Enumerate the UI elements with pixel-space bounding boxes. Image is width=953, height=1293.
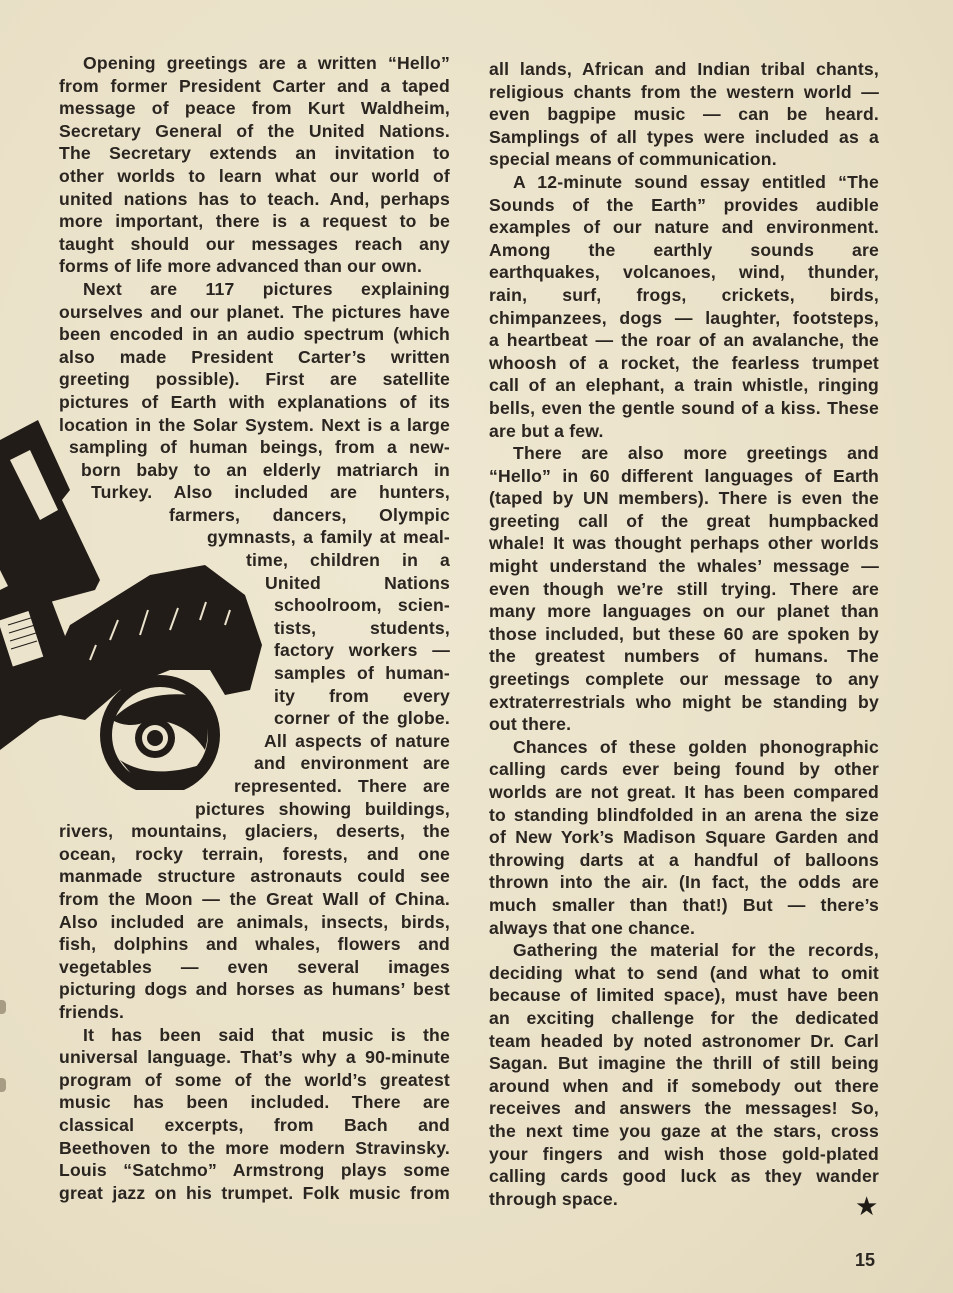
text-line: time, children in a — [59, 549, 450, 572]
text-line: much smaller than that!) But — there’s — [489, 894, 879, 917]
paragraph-start-line: A 12-minute sound essay entitled “The — [489, 171, 879, 194]
paragraph-start-line: Next are 117 pictures explaining — [59, 278, 450, 301]
text-line: farmers, dancers, Olympic — [59, 504, 450, 527]
text-line: factory workers — — [59, 639, 450, 662]
text-line: worlds are not great. It has been compar… — [489, 781, 879, 804]
text-line: tists, students, — [59, 617, 450, 640]
text-line: forms of life more advanced than our own… — [59, 255, 450, 278]
text-line: represented. There are — [59, 775, 450, 798]
text-line: out there. — [489, 713, 879, 736]
text-line: Turkey. Also included are hunters, — [59, 481, 450, 504]
text-line: whale! It was thought perhaps other worl… — [489, 532, 879, 555]
binding-mark — [0, 1000, 6, 1014]
text-line: sampling of human beings, from a new- — [59, 436, 450, 459]
text-line: (taped by UN members). There is even the — [489, 487, 879, 510]
paragraph-start-line: Gathering the material for the records, — [489, 939, 879, 962]
text-line: rain, surf, frogs, crickets, birds, — [489, 284, 879, 307]
text-line: program of some of the world’s greatest — [59, 1069, 450, 1092]
text-line: message of peace from Kurt Waldheim, — [59, 97, 450, 120]
text-line: corner of the globe. — [59, 707, 450, 730]
text-line: deciding what to send (and what to omit — [489, 962, 879, 985]
text-line: greetings complete our message to any — [489, 668, 879, 691]
text-line: universal language. That’s why a 90-minu… — [59, 1046, 450, 1069]
text-line: Among the earthly sounds are — [489, 239, 879, 262]
text-line: manmade structure astronauts could see — [59, 865, 450, 888]
text-line: been encoded in an audio spectrum (which — [59, 323, 450, 346]
text-line: schoolroom, scien- — [59, 594, 450, 617]
paragraph-start-line: Opening greetings are a written “Hello” — [59, 52, 450, 75]
text-line: are but a few. — [489, 420, 879, 443]
text-line: music has been included. There are — [59, 1091, 450, 1114]
text-line: All aspects of nature — [59, 730, 450, 753]
text-line: gymnasts, a family at meal- — [59, 526, 450, 549]
text-line: even bagpipe music — can be heard. — [489, 103, 879, 126]
text-line: extraterrestrials who might be standing … — [489, 691, 879, 714]
text-line: even though we’re still trying. There ar… — [489, 578, 879, 601]
text-line: bells, even the gentle sound of a kiss. … — [489, 397, 879, 420]
text-line: ocean, rocky terrain, forests, and one — [59, 843, 450, 866]
text-line: vegetables — even several images — [59, 956, 450, 979]
text-line: special means of communication. — [489, 148, 879, 171]
text-line: location in the Solar System. Next is a … — [59, 414, 450, 437]
page-number: 15 — [855, 1250, 875, 1271]
text-line: from the Moon — the Great Wall of China. — [59, 888, 450, 911]
text-line: born baby to an elderly matriarch in — [59, 459, 450, 482]
paragraph-start-line: It has been said that music is the — [59, 1024, 450, 1047]
star-icon: ★ — [855, 1193, 878, 1219]
article-column-left: Opening greetings are a written “Hello”f… — [59, 52, 450, 1204]
text-line: receives and answers the messages! So, — [489, 1097, 879, 1120]
text-line: Samplings of all types were included as … — [489, 126, 879, 149]
text-line: might understand the whales’ message — — [489, 555, 879, 578]
text-line: rivers, mountains, glaciers, deserts, th… — [59, 820, 450, 843]
text-line: to standing blindfolded in an arena the … — [489, 804, 879, 827]
text-line: fish, dolphins and whales, flowers and — [59, 933, 450, 956]
text-line: calling cards good luck as they wander — [489, 1165, 879, 1188]
text-line: pictures of Earth with explanations of i… — [59, 391, 450, 414]
text-line: greeting call of the great humpbacked — [489, 510, 879, 533]
text-line: the greatest numbers of humans. The — [489, 645, 879, 668]
paragraph-start-line: There are also more greetings and — [489, 442, 879, 465]
text-line: United Nations — [59, 572, 450, 595]
text-line: because of limited space), must have bee… — [489, 984, 879, 1007]
text-line: Secretary General of the United Nations. — [59, 120, 450, 143]
text-line: your fingers and wish those gold-plated — [489, 1143, 879, 1166]
text-line: ourselves and our planet. The pictures h… — [59, 301, 450, 324]
text-line: the next time you gaze at the stars, cro… — [489, 1120, 879, 1143]
text-line: a heartbeat — the roar of an avalanche, … — [489, 329, 879, 352]
text-line: through space. — [489, 1188, 879, 1211]
binding-mark — [0, 1078, 6, 1092]
text-line: ity from every — [59, 685, 450, 708]
text-line: religious chants from the western world … — [489, 81, 879, 104]
text-line: Also included are animals, insects, bird… — [59, 911, 450, 934]
text-line: picturing dogs and horses as humans’ bes… — [59, 978, 450, 1001]
text-line: Sagan. But imagine the thrill of still b… — [489, 1052, 879, 1075]
text-line: Louis “Satchmo” Armstrong plays some — [59, 1159, 450, 1182]
text-line: Beethoven to the more modern Stravinsky. — [59, 1137, 450, 1160]
text-line: more important, there is a request to be — [59, 210, 450, 233]
text-line: classical excerpts, from Bach and — [59, 1114, 450, 1137]
text-line: whoosh of a rocket, the fearless trumpet — [489, 352, 879, 375]
text-line: all lands, African and Indian tribal cha… — [489, 58, 879, 81]
text-line: examples of our nature and environment. — [489, 216, 879, 239]
text-line: from former President Carter and a taped — [59, 75, 450, 98]
text-line: pictures showing buildings, — [59, 798, 450, 821]
text-line: greeting possible). First are satellite — [59, 368, 450, 391]
text-line: chimpanzees, dogs — laughter, footsteps, — [489, 307, 879, 330]
text-line: “Hello” in 60 different languages of Ear… — [489, 465, 879, 488]
text-line: The Secretary extends an invitation to — [59, 142, 450, 165]
text-line: call of an elephant, a train whistle, ri… — [489, 374, 879, 397]
text-line: team headed by noted astronomer Dr. Carl — [489, 1030, 879, 1053]
text-line: Sounds of the Earth” provides audible — [489, 194, 879, 217]
text-line: friends. — [59, 1001, 450, 1024]
text-line: around when and if somebody out there — [489, 1075, 879, 1098]
text-line: an exciting challenge for the dedicated — [489, 1007, 879, 1030]
text-line: calling cards ever being found by other — [489, 758, 879, 781]
text-line: always that one chance. — [489, 917, 879, 940]
paragraph-start-line: Chances of these golden phonographic — [489, 736, 879, 759]
text-line: great jazz on his trumpet. Folk music fr… — [59, 1182, 450, 1205]
text-line: also made President Carter’s written — [59, 346, 450, 369]
text-line: and environment are — [59, 752, 450, 775]
text-line: thrown into the air. (In fact, the odds … — [489, 871, 879, 894]
text-line: united nations has to teach. And, perhap… — [59, 188, 450, 211]
text-line: samples of human- — [59, 662, 450, 685]
text-line: other worlds to learn what our world of — [59, 165, 450, 188]
text-line: throwing darts at a handful of balloons — [489, 849, 879, 872]
text-line: earthquakes, volcanoes, wind, thunder, — [489, 261, 879, 284]
article-column-right: all lands, African and Indian tribal cha… — [489, 58, 879, 1210]
text-line: taught should our messages reach any — [59, 233, 450, 256]
text-line: of New York’s Madison Square Garden and — [489, 826, 879, 849]
text-line: many more languages on our planet than — [489, 600, 879, 623]
magazine-page: Opening greetings are a written “Hello”f… — [0, 0, 953, 1293]
text-line: those included, but these 60 are spoken … — [489, 623, 879, 646]
